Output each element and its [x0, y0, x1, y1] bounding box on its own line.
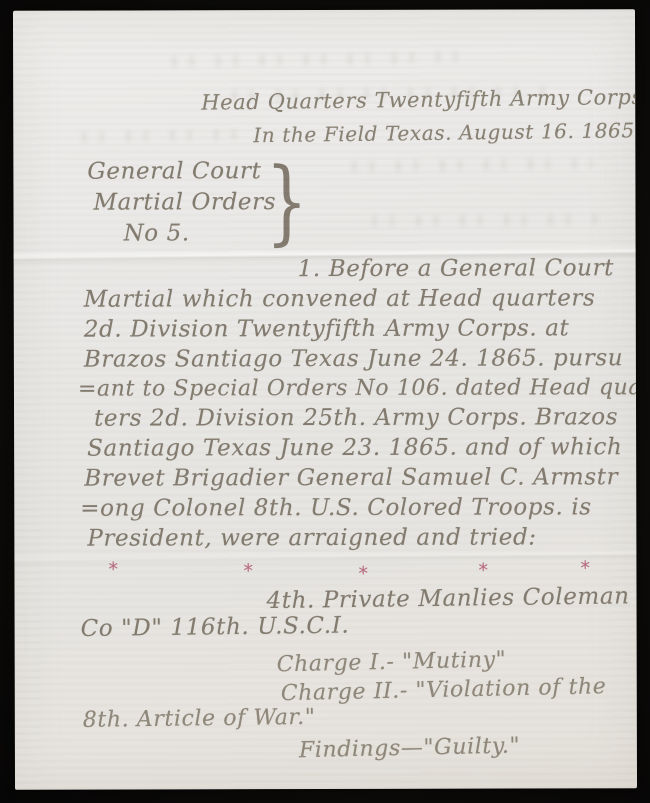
paper-sheet: Head Quarters Twentyfifth Army Corps. In… [13, 9, 637, 790]
charge-2-line-1: Charge II.- "Violation of the [281, 674, 607, 706]
show-through-texture [163, 52, 463, 68]
show-through-texture [343, 158, 593, 173]
charge-2-line-2: 8th. Article of War." [83, 705, 316, 733]
asterisk-mark: * [478, 560, 488, 582]
soldier-unit-line: Co "D" 116th. U.S.C.I. [80, 613, 349, 643]
paragraph-line: =ant to Special Orders No 106. dated Hea… [78, 375, 637, 402]
paragraph-line: Brazos Santiago Texas June 24. 1865. pur… [84, 345, 623, 372]
document-photo: Head Quarters Twentyfifth Army Corps. In… [0, 0, 650, 803]
asterisk-mark: * [580, 557, 590, 579]
show-through-texture [363, 213, 603, 226]
brace-glyph: } [266, 156, 308, 248]
order-title-line-1: General Court [87, 158, 261, 184]
asterisk-mark: * [243, 560, 253, 582]
paragraph-line: =ong Colonel 8th. U.S. Colored Troops. i… [80, 494, 591, 521]
show-through-texture [73, 129, 243, 143]
paragraph-line: President, were arraigned and tried: [87, 524, 536, 551]
order-title-line-2: Martial Orders [93, 189, 276, 215]
paragraph-line: 2d. Division Twentyfifth Army Corps. at [84, 315, 570, 342]
paragraph-line: Martial which convened at Head quarters [84, 285, 596, 312]
paragraph-line: ters 2d. Division 25th. Army Corps. Braz… [94, 404, 618, 431]
charge-1-line: Charge I.- "Mutiny" [276, 647, 506, 677]
findings-line: Findings—"Guilty." [299, 733, 521, 763]
paragraph-line: Santiago Texas June 23. 1865. and of whi… [87, 434, 622, 461]
order-number: No 5. [124, 220, 190, 246]
paragraph-line: Brevet Brigadier General Samuel C. Armst… [84, 464, 618, 491]
heading-line-2: In the Field Texas. August 16. 1865. [253, 118, 637, 147]
asterisk-mark: * [108, 559, 118, 581]
soldier-name-line: 4th. Private Manlies Coleman [266, 583, 629, 614]
heading-line-1: Head Quarters Twentyfifth Army Corps. [201, 85, 637, 115]
paragraph-line: 1. Before a General Court [298, 255, 614, 282]
asterisk-mark: * [358, 563, 368, 585]
